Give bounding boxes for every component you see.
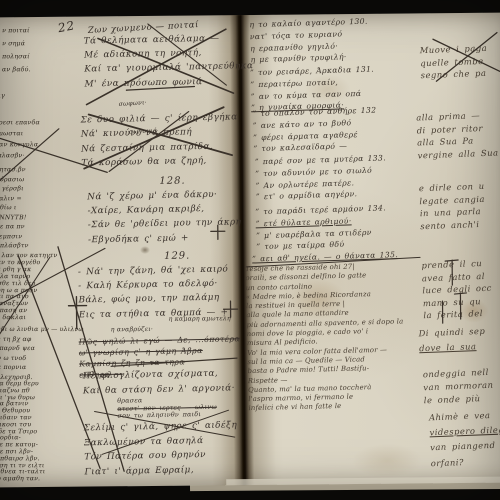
- italian-translation-group: ondeggia nellvan mormoranle onde più: [423, 366, 495, 408]
- margin-note-line: σε πα πν: [0, 222, 29, 232]
- margin-note-line: αθίω ι: [0, 203, 29, 213]
- margin-note-line: παν κονγυλα: [0, 139, 40, 150]
- verse-line: Σελίμι ς' γιλά, ψηρε ς' αιδέξη: [84, 418, 238, 436]
- interlinear-word: σωφωνι·: [118, 99, 147, 108]
- margin-note-line: ιπλασβν·: [0, 150, 40, 161]
- translation-line: orfani?: [430, 453, 500, 471]
- translation-line: dove la sua: [419, 339, 486, 357]
- margin-note-line: ο γέρσβι: [0, 184, 29, 194]
- margin-note-line: α παρνδ ψεα: [0, 344, 84, 354]
- margin-note-line: κύρασιω: [0, 175, 29, 185]
- margin-notes-group: τα θερμ θερυθιαζνω πθκι 'γω θυρωνα βατνι…: [0, 381, 45, 483]
- page-number: 22: [57, 18, 77, 35]
- margin-note-line: πεδι ω λινθια μν — υλιλνω: [0, 325, 84, 335]
- interlinear-word: σωγονιά: [129, 127, 158, 135]
- margin-notes-group: ν ποιταίν σημάπολησαίαν βαδύ.: [2, 24, 31, 76]
- margin-note-line: με τη βχ αφ: [0, 334, 84, 344]
- translation-line: sento anch'i: [420, 218, 486, 233]
- margin-notes-group: δρεσι επανδαυμωσταιπαν κονγυλαιπλασβν·: [0, 117, 40, 161]
- stanza-129: - Νά' την ζάνη, θά 'χει καιρό- Καλή Κέρκ…: [78, 262, 229, 322]
- stanza-133: ” παρέ σον με τα μυτέρα 133.” τον αδυνιό…: [255, 152, 388, 203]
- margin-notes-group: γητασ.βνκύρασιωο γέρσβιταλιν =αθίω ιΊΝΝΥ…: [0, 165, 29, 251]
- margin-note-line: ΊΝΝΥΤΒ!: [0, 213, 29, 223]
- margin-note-line: αν βαδύ.: [2, 63, 31, 76]
- italian-translation-group: e dirle con ulegate cangiain una parlase…: [419, 180, 486, 233]
- italian-translation-group: alla prima —di poter ritoralla Sua Paver…: [416, 109, 499, 162]
- margin-note-line: γητασ.βν: [0, 165, 29, 175]
- prose-draft-block: Tesoje che ne rassaide ohi 27|oraili, se…: [245, 261, 405, 413]
- stanza-128: Νά 'ζ χέρω μ' ένα δάκρυ·-Χαίρε, Κανάρη α…: [87, 187, 242, 247]
- translation-line: le onde più: [424, 392, 495, 408]
- margin-notes-group: πεδι ω λινθια μν — υλιλνωμε τη βχ αφα πα…: [0, 325, 84, 382]
- italian-translation-group: Muove i pagaquelle tombesegno che pa: [420, 42, 489, 82]
- margin-note-line: πολησαί: [2, 50, 31, 63]
- translation-line: van piangend: [430, 438, 500, 456]
- crossed-stanza-1: Τά θελήματα αειθάλαμα —Μέ αδιάκοπη τη νο…: [84, 31, 254, 91]
- verse-line: Γιατ' ι' άρμα Εφραίμ,: [84, 462, 238, 480]
- margin-notes-group: ιγ: [0, 89, 5, 102]
- margin-note-line: ν ποιταί: [2, 24, 31, 37]
- margin-note-line: ιγ: [0, 89, 5, 102]
- italian-translation-group: Di quindi sepdove la sua: [418, 324, 486, 357]
- lower-stanza-block: Πἔ φλογλίζοντα σχίσματα,Καί θα στάση δεν…: [83, 366, 239, 479]
- margin-note-line: τα δακλαι: [0, 315, 57, 322]
- margin-note-line: τεμπσιν: [0, 232, 29, 242]
- margin-note-line: ω αμαθη ταν.: [0, 476, 45, 483]
- stanza-132: ” το οπαλόν τον ανθήρε 132” ανε κάτο αν …: [252, 104, 378, 155]
- manuscript-photo: 22 Ζων χωνμενο — ποιταί ν ποιταίν σημάπο…: [0, 0, 500, 500]
- margin-notes-group: αι λαν τον κατηγτνσαν το κογέθονα ρθη γ …: [0, 253, 58, 322]
- margin-note-line: ταλιν =: [0, 194, 29, 204]
- stanza-130: η το καλαίο αγαντέρο 130.νατ' τόςα το κυ…: [249, 16, 369, 67]
- margin-note-line: υμωσται: [0, 128, 40, 139]
- inserted-phrase: η αναβρύζει·: [111, 326, 153, 333]
- translation-line: la ferita del: [423, 307, 493, 322]
- margin-note-line: αν ω τνοδ: [0, 353, 84, 363]
- translation-line: luce degli occ: [422, 282, 492, 297]
- stanza-number-128: 128.: [159, 176, 185, 187]
- stanza-134: ” το παράδι τερέ αρμάον 134.” ετέ θύλατε…: [255, 202, 387, 253]
- paper-stain: [352, 443, 422, 478]
- translation-line: vergine alla Sua: [417, 146, 498, 162]
- stanza-number-129: 129.: [164, 251, 190, 262]
- manuscript-spread: 22 Ζων χωνμενο — ποιταί ν ποιταίν σημάπο…: [0, 13, 500, 488]
- ink-blot: [140, 246, 150, 254]
- margin-note-line: ν σημά: [2, 37, 31, 50]
- italian-translation-group: prende il cuavea fatto alluce degli occm…: [421, 257, 493, 323]
- translation-line: segno che pa: [420, 67, 488, 82]
- superscript-correction: η καμαρη αμωτελη: [169, 315, 231, 323]
- margin-note-line: δα πορνια: [0, 363, 84, 373]
- margin-note-line: σπλάσβτν: [0, 241, 29, 251]
- crossed-stanza-2: Σε δυο φιλιά — ς' ίερη εβγήκαΝά' κινούνε…: [80, 110, 238, 171]
- italian-translation-group: Ahimè e veavidespero dilegvan piangendor…: [429, 408, 500, 472]
- margin-note-line: δρεσι επανδα: [0, 117, 40, 128]
